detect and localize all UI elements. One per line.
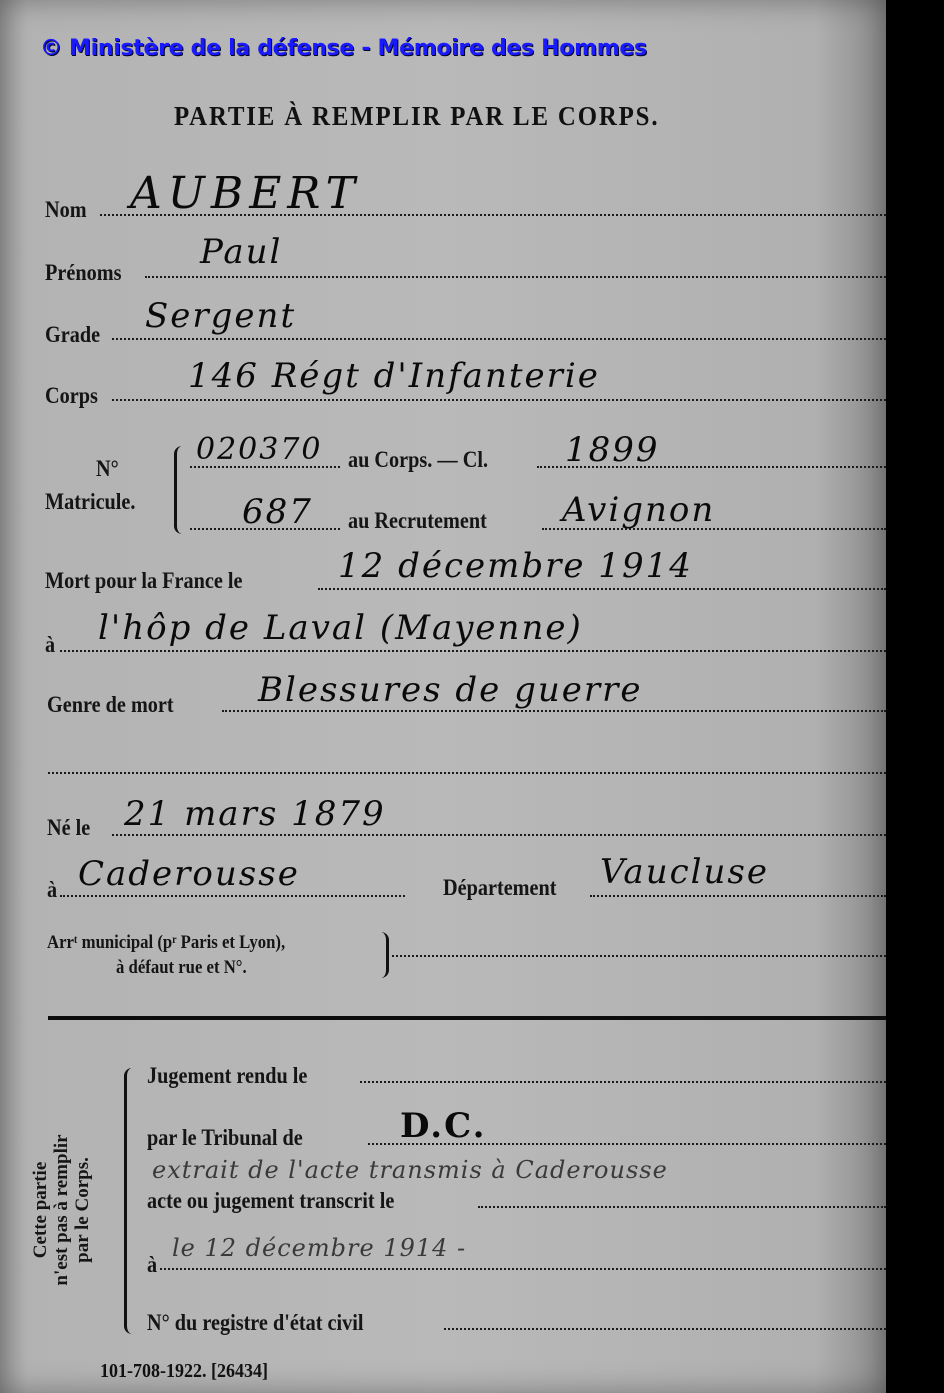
lower-brace — [124, 1068, 135, 1334]
side-note-line-2: n'est pas à remplir — [51, 1090, 72, 1330]
departement-line — [590, 895, 886, 897]
prenoms-line — [145, 276, 886, 278]
corps-classe-label: au Corps. — Cl. — [348, 447, 488, 473]
nom-label: Nom — [45, 197, 87, 223]
tribunal-label: par le Tribunal de — [147, 1125, 303, 1151]
classe-value: 1899 — [565, 430, 660, 470]
recrutement-place-value: Avignon — [562, 490, 715, 530]
naissance-date-line — [112, 834, 886, 836]
registre-label: N° du registre d'état civil — [147, 1310, 363, 1336]
jugement-line — [360, 1081, 886, 1083]
form-title: PARTIE À REMPLIR PAR LE CORPS. — [174, 101, 659, 132]
corps-value: 146 Régt d'Infanterie — [188, 356, 600, 396]
blank-line — [48, 772, 886, 774]
corps-number-value: 020370 — [196, 432, 323, 467]
recrutement-label: au Recrutement — [348, 508, 487, 534]
genre-mort-line — [222, 710, 886, 712]
departement-label: Département — [443, 875, 557, 901]
mort-lieu-line — [60, 650, 886, 652]
corps-label: Corps — [45, 383, 98, 409]
transcrit-label: acte ou jugement transcrit le — [147, 1188, 394, 1214]
form-reference: 101-708-1922. [26434] — [100, 1360, 268, 1383]
arrondissement-label-2: à défaut rue et N°. — [116, 957, 247, 979]
mort-date-line — [318, 588, 886, 590]
jugement-label: Jugement rendu le — [147, 1063, 307, 1089]
mort-date-value: 12 décembre 1914 — [338, 546, 693, 586]
naissance-lieu-label: à — [47, 877, 57, 903]
prenoms-label: Prénoms — [45, 260, 121, 286]
arrondissement-label-1: Arrᵗ municipal (pʳ Paris et Lyon), — [47, 932, 285, 954]
registre-line — [444, 1328, 886, 1330]
departement-value: Vaucluse — [600, 852, 769, 892]
grade-label: Grade — [45, 322, 100, 348]
transcrit-lieu-value: le 12 décembre 1914 - — [172, 1234, 466, 1262]
recrutement-number-value: 687 — [242, 492, 313, 532]
naissance-lieu-value: Caderousse — [78, 854, 300, 894]
transcrit-lieu-line — [160, 1268, 886, 1270]
scan-border — [886, 0, 944, 1393]
naissance-lieu-line — [60, 895, 405, 897]
grade-line — [112, 338, 886, 340]
genre-mort-label: Genre de mort — [47, 692, 174, 718]
mort-lieu-value: l'hôp de Laval (Mayenne) — [98, 608, 583, 648]
arrondissement-line — [392, 955, 886, 957]
arrondissement-brace — [378, 932, 389, 978]
mort-lieu-label: à — [45, 632, 55, 658]
copyright-watermark: © Ministère de la défense - Mémoire des … — [40, 36, 647, 61]
matricule-label: Matricule. — [45, 489, 135, 515]
matricule-label-no: N° — [96, 456, 119, 482]
naissance-date-label: Né le — [47, 815, 90, 841]
grade-value: Sergent — [145, 296, 296, 336]
section-divider — [48, 1016, 886, 1020]
nom-value: AUBERT — [130, 168, 361, 219]
genre-mort-value: Blessures de guerre — [258, 670, 643, 710]
transcrit-line — [478, 1206, 886, 1208]
matricule-brace — [174, 446, 185, 534]
transcrit-lieu-label: à — [147, 1252, 157, 1278]
prenoms-value: Paul — [200, 232, 282, 272]
naissance-date-value: 21 mars 1879 — [124, 794, 386, 834]
mort-date-label: Mort pour la France le — [45, 568, 242, 594]
side-note: Cette partie n'est pas à remplir par le … — [30, 1090, 93, 1330]
side-note-line-3: par le Corps. — [72, 1090, 93, 1330]
side-note-line-1: Cette partie — [30, 1090, 51, 1330]
annotation-text: extrait de l'acte transmis à Caderousse — [152, 1156, 668, 1184]
corps-line — [112, 399, 886, 401]
tribunal-value: D.C. — [400, 1106, 486, 1146]
